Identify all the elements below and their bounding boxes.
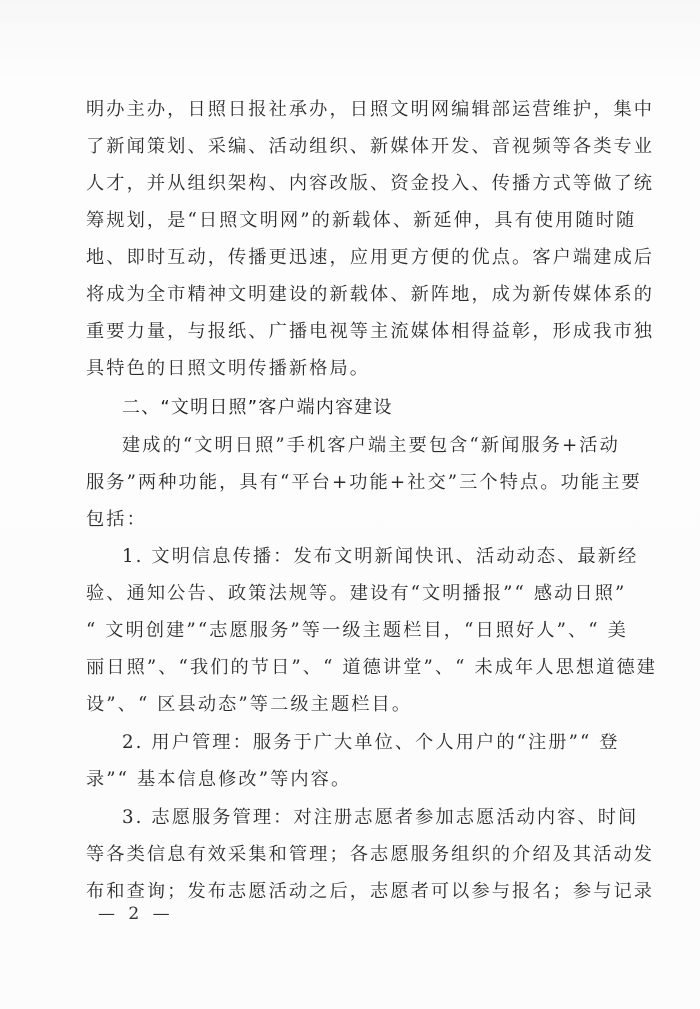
paragraph-line: 将成为全市精神文明建设的新载体、新阵地，成为新传媒体系的 xyxy=(86,283,646,307)
paragraph-line: 重要力量，与报纸、广播电视等主流媒体相得益彰，形成我市独 xyxy=(86,320,646,344)
item1-line: 设”、“ 区县动态”等二级主题栏目。 xyxy=(86,693,646,717)
document-page: 明办主办，日照日报社承办，日照文明网编辑部运营维护，集中 了新闻策划、采编、活动… xyxy=(0,0,700,1009)
item1-line: 丽日照”、“我们的节日”、“ 道德讲堂”、“ 未成年人思想道德建 xyxy=(86,656,646,680)
item3-line: 布和查询；发布志愿活动之后，志愿者可以参与报名；参与记录 xyxy=(86,880,646,904)
item3-line: 等各类信息有效采集和管理；各志愿服务组织的介绍及其活动发 xyxy=(86,843,646,867)
paragraph-line: 具特色的日照文明传播新格局。 xyxy=(86,357,646,381)
item1-line: “ 文明创建”“志愿服务”等一级主题栏目，“日照好人”、“ 美 xyxy=(86,619,646,643)
item3-line: 3. 志愿服务管理：对注册志愿者参加志愿活动内容、时间 xyxy=(122,806,646,830)
item1-line: 验、通知公告、政策法规等。建设有“文明播报”“ 感动日照” xyxy=(86,582,646,606)
section-heading: 二、“文明日照”客户端内容建设 xyxy=(122,396,646,420)
page-number: — 2 — xyxy=(98,904,174,924)
paragraph-line: 地、即时互动，传播更迅速，应用更方便的优点。客户端建成后 xyxy=(86,246,646,270)
intro-line: 包括： xyxy=(86,508,646,532)
intro-line: 服务”两种功能，具有“平台+功能+社交”三个特点。功能主要 xyxy=(86,471,646,495)
paragraph-line: 筹规划，是“日照文明网”的新载体、新延伸，具有使用随时随 xyxy=(86,209,646,233)
paragraph-line: 人才，并从组织架构、内容改版、资金投入、传播方式等做了统 xyxy=(86,172,646,196)
item2-line: 2. 用户管理：服务于广大单位、个人用户的“注册”“ 登 xyxy=(122,731,646,755)
paragraph-line: 了新闻策划、采编、活动组织、新媒体开发、音视频等各类专业 xyxy=(86,135,646,159)
item2-line: 录”“ 基本信息修改”等内容。 xyxy=(86,768,646,792)
item1-line: 1. 文明信息传播：发布文明新闻快讯、活动动态、最新经 xyxy=(122,545,646,569)
paragraph-line: 明办主办，日照日报社承办，日照文明网编辑部运营维护，集中 xyxy=(86,98,646,122)
intro-line: 建成的“文明日照”手机客户端主要包含“新闻服务+活动 xyxy=(122,434,646,458)
